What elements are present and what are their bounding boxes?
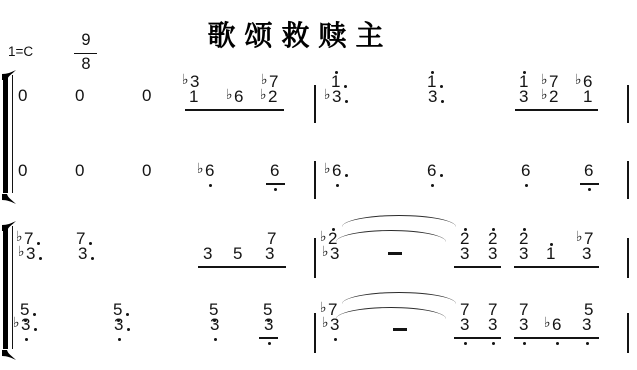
sheet-music-page: 歌颂救赎主 1=C 9 8 0003♭16♭7♭2♭13♭13137♭2♭6♭1… bbox=[0, 0, 637, 370]
low-octave-dot bbox=[118, 338, 121, 341]
barline bbox=[627, 313, 629, 353]
flat-sign: ♭ bbox=[544, 316, 551, 330]
beam-underline bbox=[514, 266, 599, 268]
flat-sign: ♭ bbox=[261, 73, 268, 87]
bracket-hook-bottom-icon bbox=[2, 191, 16, 201]
tie-arc bbox=[336, 307, 446, 319]
augmentation-dot bbox=[33, 313, 36, 316]
augmentation-dot bbox=[127, 328, 130, 331]
low-octave-dot bbox=[492, 342, 495, 345]
flat-sign: ♭ bbox=[13, 316, 20, 330]
system-start-barline bbox=[12, 75, 14, 193]
flat-sign: ♭ bbox=[16, 230, 23, 244]
flat-sign: ♭ bbox=[575, 73, 582, 87]
note-digit: 3 bbox=[26, 245, 35, 262]
note-digit: 1 bbox=[583, 88, 592, 105]
augmentation-dot bbox=[441, 100, 444, 103]
note-digit: 3 bbox=[488, 316, 497, 333]
augmentation-dot bbox=[126, 313, 129, 316]
flat-sign: ♭ bbox=[322, 245, 329, 259]
augmentation-dot bbox=[91, 257, 94, 260]
bracket-hook-top-icon bbox=[2, 218, 16, 228]
beam-underline bbox=[514, 337, 599, 339]
rest: 0 bbox=[142, 162, 151, 179]
augmentation-dot bbox=[440, 85, 443, 88]
beam-underline bbox=[454, 266, 501, 268]
note-digit: 6 bbox=[270, 162, 279, 179]
barline bbox=[314, 161, 316, 199]
barline bbox=[314, 85, 316, 123]
note-digit: 3 bbox=[210, 316, 219, 333]
low-octave-dot bbox=[588, 188, 591, 191]
low-octave-dot bbox=[336, 184, 339, 187]
note-digit: 3 bbox=[203, 245, 212, 262]
note-digit: 3 bbox=[582, 316, 591, 333]
note-digit: 5 bbox=[233, 245, 242, 262]
bracket-hook-bottom-icon bbox=[2, 347, 16, 357]
rest: 0 bbox=[18, 87, 27, 104]
beam-underline bbox=[198, 266, 286, 268]
rest: 0 bbox=[75, 87, 84, 104]
note-digit: 3 bbox=[21, 316, 30, 333]
augmentation-dot bbox=[39, 257, 42, 260]
note-digit: 3 bbox=[264, 316, 273, 333]
barline bbox=[314, 238, 316, 278]
rest: 0 bbox=[75, 162, 84, 179]
low-octave-dot bbox=[209, 184, 212, 187]
flat-sign: ♭ bbox=[324, 88, 331, 102]
note-digit: 3 bbox=[330, 245, 339, 262]
note-digit: 6 bbox=[332, 162, 341, 179]
flat-sign: ♭ bbox=[324, 162, 331, 176]
note-digit: 3 bbox=[519, 88, 528, 105]
note-digit: 2 bbox=[549, 88, 558, 105]
low-octave-dot bbox=[274, 188, 277, 191]
note-digit: 3 bbox=[488, 245, 497, 262]
continuation-dash bbox=[393, 328, 407, 331]
note-digit: 3 bbox=[114, 316, 123, 333]
augmentation-dot bbox=[440, 174, 443, 177]
augmentation-dot bbox=[345, 100, 348, 103]
beam-underline bbox=[454, 337, 501, 339]
beam-underline bbox=[580, 183, 599, 185]
flat-sign: ♭ bbox=[541, 73, 548, 87]
low-octave-dot bbox=[334, 338, 337, 341]
flat-sign: ♭ bbox=[576, 230, 583, 244]
flat-sign: ♭ bbox=[197, 162, 204, 176]
note-digit: 3 bbox=[460, 316, 469, 333]
flat-sign: ♭ bbox=[18, 245, 25, 259]
augmentation-dot bbox=[89, 242, 92, 245]
note-digit: 3 bbox=[460, 245, 469, 262]
flat-sign: ♭ bbox=[182, 73, 189, 87]
low-octave-dot bbox=[586, 342, 589, 345]
note-digit: 3 bbox=[428, 88, 437, 105]
score-area: 0003♭16♭7♭2♭13♭13137♭2♭6♭10006♭66♭6667♭3… bbox=[0, 0, 637, 370]
barline bbox=[627, 238, 629, 278]
augmentation-dot bbox=[345, 174, 348, 177]
low-octave-dot bbox=[214, 338, 217, 341]
note-digit: 3 bbox=[332, 88, 341, 105]
flat-sign: ♭ bbox=[322, 316, 329, 330]
note-digit: 3 bbox=[582, 245, 591, 262]
augmentation-dot bbox=[37, 242, 40, 245]
rest: 0 bbox=[18, 162, 27, 179]
barline bbox=[627, 161, 629, 199]
flat-sign: ♭ bbox=[541, 88, 548, 102]
low-octave-dot bbox=[268, 342, 271, 345]
flat-sign: ♭ bbox=[320, 301, 327, 315]
continuation-dash bbox=[388, 252, 402, 255]
note-digit: 3 bbox=[519, 316, 528, 333]
note-digit: 6 bbox=[234, 88, 243, 105]
note-digit: 3 bbox=[519, 245, 528, 262]
note-digit: 6 bbox=[521, 162, 530, 179]
low-octave-dot bbox=[525, 184, 528, 187]
note-digit: 1 bbox=[546, 245, 555, 262]
barline bbox=[314, 313, 316, 353]
barline bbox=[627, 85, 629, 123]
system-start-barline bbox=[12, 226, 14, 349]
beam-underline bbox=[259, 337, 278, 339]
tie-arc bbox=[342, 292, 456, 304]
system-bracket-bar bbox=[3, 75, 8, 193]
note-digit: 1 bbox=[189, 88, 198, 105]
augmentation-dot bbox=[344, 85, 347, 88]
low-octave-dot bbox=[464, 342, 467, 345]
beam-underline bbox=[515, 109, 598, 111]
low-octave-dot bbox=[523, 342, 526, 345]
note-digit: 6 bbox=[552, 316, 561, 333]
flat-sign: ♭ bbox=[260, 88, 267, 102]
tie-arc bbox=[342, 215, 456, 227]
low-octave-dot bbox=[431, 184, 434, 187]
note-digit: 2 bbox=[268, 88, 277, 105]
tie-arc bbox=[336, 230, 446, 242]
beam-underline bbox=[266, 183, 285, 185]
note-digit: 6 bbox=[584, 162, 593, 179]
note-digit: 3 bbox=[78, 245, 87, 262]
beam-underline bbox=[185, 109, 284, 111]
note-digit: 3 bbox=[265, 245, 274, 262]
rest: 0 bbox=[142, 87, 151, 104]
flat-sign: ♭ bbox=[226, 88, 233, 102]
flat-sign: ♭ bbox=[320, 230, 327, 244]
low-octave-dot bbox=[25, 338, 28, 341]
augmentation-dot bbox=[34, 328, 37, 331]
low-octave-dot bbox=[556, 342, 559, 345]
note-digit: 6 bbox=[427, 162, 436, 179]
note-digit: 6 bbox=[205, 162, 214, 179]
system-bracket-bar bbox=[3, 226, 8, 349]
bracket-hook-top-icon bbox=[2, 67, 16, 77]
